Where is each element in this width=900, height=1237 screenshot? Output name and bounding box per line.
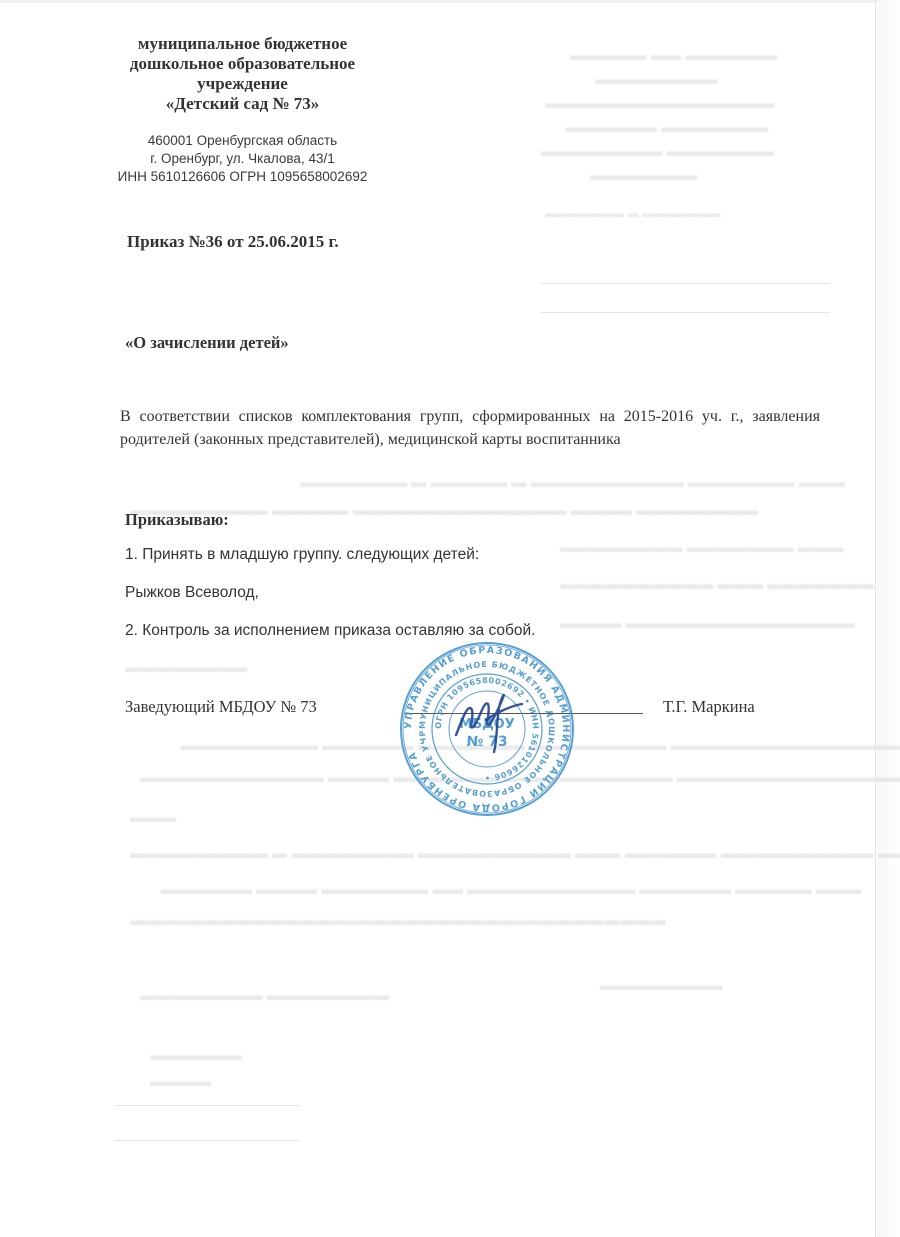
order-title: Приказ №36 от 25.06.2015 г. xyxy=(127,232,339,252)
stamp-center-line2: № 73 xyxy=(466,734,507,750)
decree-item-1: 1. Принять в младшую группу. следующих д… xyxy=(125,546,479,564)
address-line: г. Оренбург, ул. Чкалова, 43/1 xyxy=(110,150,375,168)
child-name: Рыжков Всеволод, xyxy=(125,584,259,602)
org-line: муниципальное бюджетное xyxy=(110,34,375,54)
org-line: дошкольное образовательное xyxy=(110,54,375,74)
address-line: 460001 Оренбургская область xyxy=(110,132,375,150)
decree-item-2: 2. Контроль за исполнением приказа остав… xyxy=(125,622,536,640)
decree-heading: Приказываю: xyxy=(125,510,229,530)
scan-edge-right xyxy=(875,0,876,1237)
letterhead: муниципальное бюджетное дошкольное образ… xyxy=(110,34,375,186)
official-stamp-icon: УПРАВЛЕНИЕ ОБРАЗОВАНИЯ АДМИНИСТРАЦИИ ГОР… xyxy=(398,640,576,818)
org-line: учреждение xyxy=(110,74,375,94)
address-line: ИНН 5610126606 ОГРН 1095658002692 xyxy=(110,168,375,186)
preamble-paragraph: В соответствии списков комплектования гр… xyxy=(120,405,820,451)
scan-edge-top xyxy=(0,0,900,3)
organization-address: 460001 Оренбургская область г. Оренбург,… xyxy=(110,132,375,186)
signatory-role: Заведующий МБДОУ № 73 xyxy=(125,697,317,717)
org-line: «Детский сад № 73» xyxy=(110,94,375,114)
scan-shadow-right xyxy=(877,0,900,1237)
order-subject: «О зачислении детей» xyxy=(125,333,289,353)
organization-name: муниципальное бюджетное дошкольное образ… xyxy=(110,34,375,114)
signatory-name: Т.Г. Маркина xyxy=(663,697,755,717)
